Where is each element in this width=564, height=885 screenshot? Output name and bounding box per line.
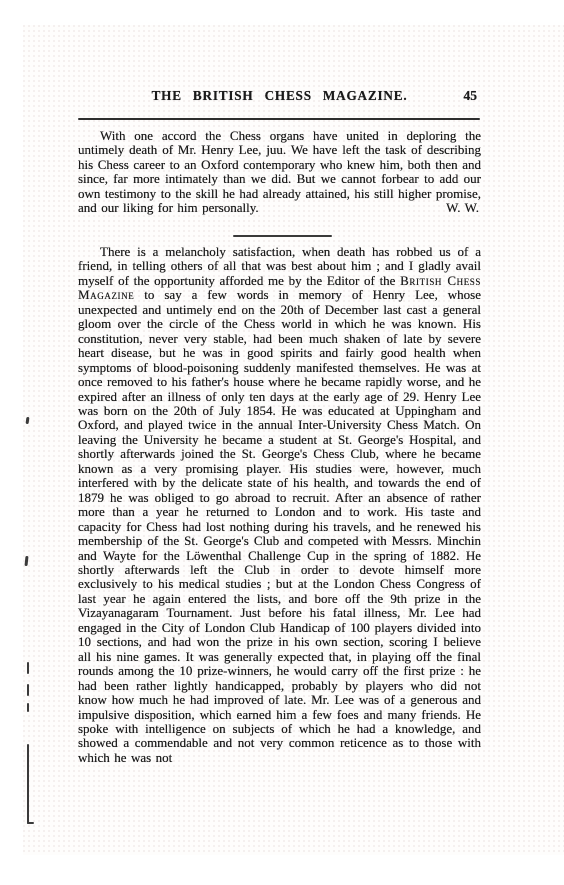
header-rule <box>78 118 480 120</box>
page-edge-artifact <box>27 684 29 696</box>
memoir-paragraph: There is a melancholy satisfaction, when… <box>78 245 481 765</box>
page-edge-artifact <box>27 703 29 712</box>
editor-signature: W. W. <box>446 201 481 215</box>
editor-note-paragraph: With one accord the Chess organs have un… <box>78 129 481 216</box>
running-title: THE BRITISH CHESS MAGAZINE. <box>78 88 481 104</box>
section-divider-rule <box>233 235 332 237</box>
page-number: 45 <box>464 88 478 104</box>
page-edge-artifact <box>27 822 34 824</box>
memoir-rest-text: to say a few words in memory of Henry Le… <box>78 287 481 765</box>
magazine-page: THE BRITISH CHESS MAGAZINE. 45 With one … <box>0 0 564 885</box>
page-edge-artifact <box>27 744 29 824</box>
page-header: THE BRITISH CHESS MAGAZINE. 45 <box>78 88 481 104</box>
page-edge-artifact <box>27 662 29 674</box>
editor-note-text: With one accord the Chess organs have un… <box>78 128 481 215</box>
